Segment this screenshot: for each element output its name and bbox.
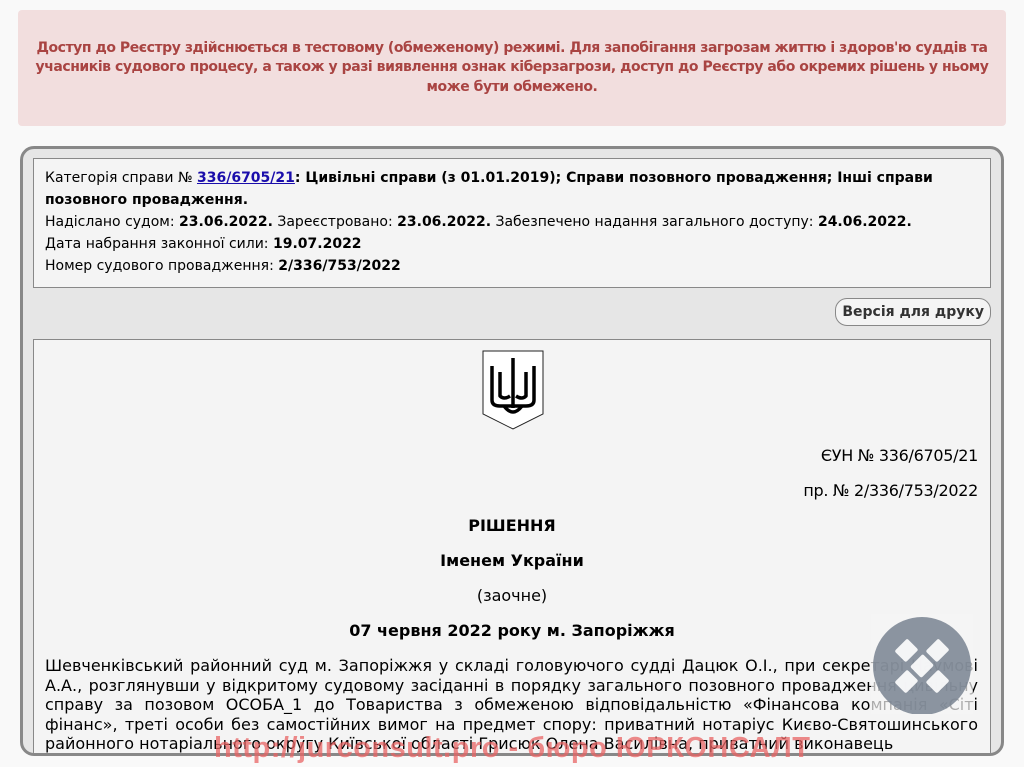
registered-value: 23.06.2022. [397,214,491,230]
proceeding-number: пр. № 2/336/753/2022 [803,481,978,500]
proceeding-value: 2/336/753/2022 [278,258,401,274]
eun-number: ЄУН № 336/6705/21 [821,446,978,465]
access-notice-banner: Доступ до Реєстру здійснюється в тестово… [18,10,1006,126]
registered-label: Зареєстровано: [273,214,397,230]
print-version-button[interactable]: Версія для друку [835,298,991,326]
case-container: Категорія справи № 336/6705/21: Цивільні… [20,146,1004,756]
access-notice-text: Доступ до Реєстру здійснюється в тестово… [32,39,992,98]
proceeding-label: Номер судового провадження: [45,258,278,274]
sent-label: Надіслано судом: [45,214,179,230]
effective-value: 19.07.2022 [273,236,362,252]
decision-title: РІШЕННЯ [34,516,990,535]
case-dates-row: Надіслано судом: 23.06.2022. Зареєстрова… [45,211,979,233]
effective-label: Дата набрання законної сили: [45,236,273,252]
case-info-panel: Категорія справи № 336/6705/21: Цивільні… [33,158,991,288]
category-label: Категорія справи № [45,170,197,186]
decision-document: ЄУН № 336/6705/21 пр. № 2/336/753/2022 Р… [33,339,991,756]
watermark-text: http://jurconsult.pro - бюро ЮРКОНСАЛТ [214,732,810,765]
case-number-link[interactable]: 336/6705/21 [197,170,295,186]
access-label: Забезпечено надання загального доступу: [491,214,818,230]
decision-date-place: 07 червня 2022 року м. Запоріжжя [34,621,990,640]
watermark-logo [871,614,973,714]
case-category-row: Категорія справи № 336/6705/21: Цивільні… [45,167,979,211]
effective-date-row: Дата набрання законної сили: 19.07.2022 [45,233,979,255]
decision-subtitle: Іменем України [34,551,990,570]
puzzle-logo-icon [871,614,973,714]
coat-of-arms-icon [482,350,544,430]
proceeding-number-row: Номер судового провадження: 2/336/753/20… [45,255,979,277]
access-value: 24.06.2022. [818,214,912,230]
sent-value: 23.06.2022. [179,214,273,230]
decision-type: (заочне) [34,586,990,605]
